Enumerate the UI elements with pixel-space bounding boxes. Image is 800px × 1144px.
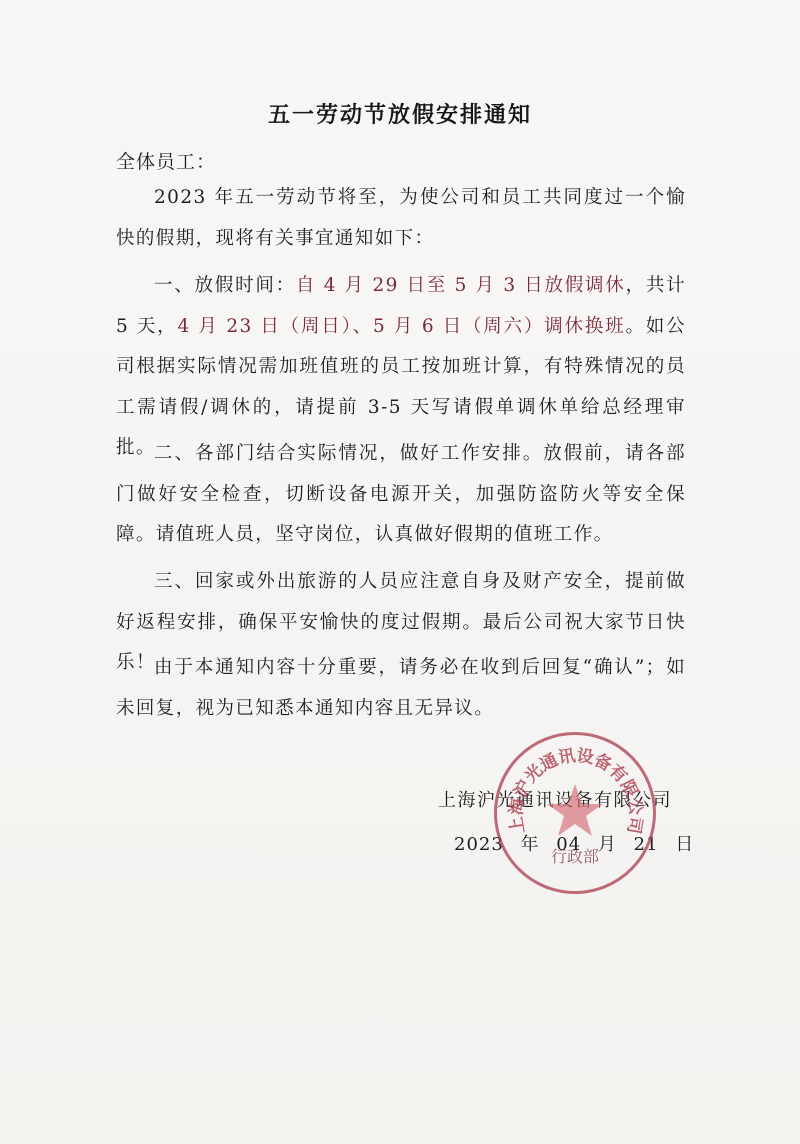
company-seal-stamp: 上海沪光通讯设备有限公司 行政部 [494,732,656,894]
paragraph-department-arrangements: 二、各部门结合实际情况，做好工作安排。放假前，请各部门做好安全检查，切断设备电源… [116,434,686,556]
item1-prefix: 一、放假时间： [154,275,296,296]
seal-graphic: 上海沪光通讯设备有限公司 行政部 [494,732,656,894]
shift-swap-highlight: 4 月 23 日（周日）、5 月 6 日（周六）调休换班 [177,316,625,337]
document-title: 五一劳动节放假安排通知 [0,98,800,129]
paragraph-closing: 由于本通知内容十分重要，请务必在收到后回复“确认”；如未回复，视为已知悉本通知内… [116,648,686,729]
document-page: 五一劳动节放假安排通知 全体员工： 2023 年五一劳动节将至，为使公司和员工共… [0,0,800,1144]
greeting: 全体员工： [116,147,216,174]
paragraph-intro: 2023 年五一劳动节将至，为使公司和员工共同度过一个愉快的假期，现将有关事宜通… [116,178,686,259]
star-icon [547,784,603,836]
seal-bottom-text: 行政部 [551,847,599,866]
holiday-dates-highlight: 自 4 月 29 日至 5 月 3 日放假调休 [296,275,626,296]
